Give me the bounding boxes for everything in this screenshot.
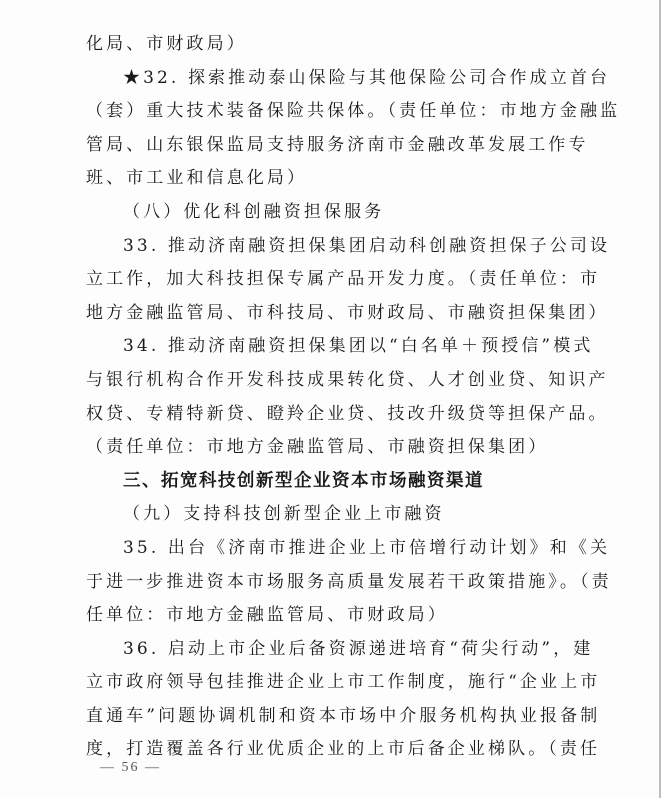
item-32: ★32. 探索推动泰山保险与其他保险公司合作成立首台	[86, 62, 572, 96]
text-line: 立工作，加大科技担保专属产品开发力度。（责任单位：市	[86, 263, 572, 297]
subheading-8: （八）优化科创融资担保服务	[86, 196, 572, 230]
item-34: 34. 推动济南融资担保集团以“白名单＋预授信”模式	[86, 330, 572, 364]
text-line: 任单位：市地方金融监管局、市财政局）	[86, 599, 572, 633]
item-33: 33. 推动济南融资担保集团启动科创融资担保子公司设	[86, 230, 572, 264]
text-line: 地方金融监管局、市科技局、市财政局、市融资担保集团）	[86, 297, 572, 331]
text-line: 于进一步推进资本市场服务高质量发展若干政策措施》。（责	[86, 566, 572, 600]
item-36: 36. 启动上市企业后备资源递进培育“荷尖行动”，建	[86, 633, 572, 667]
text-line: 化局、市财政局）	[86, 28, 572, 62]
text-line: （套）重大技术装备保险共保体。（责任单位：市地方金融监	[86, 95, 572, 129]
text-line: 权贷、专精特新贷、瞪羚企业贷、技改升级贷等担保产品。	[86, 398, 572, 432]
text-line: 直通车”问题协调机制和资本市场中介服务机构执业报备制	[86, 700, 572, 734]
text-line: 管局、山东银保监局支持服务济南市金融改革发展工作专	[86, 129, 572, 163]
document-page: 化局、市财政局） ★32. 探索推动泰山保险与其他保险公司合作成立首台 （套）重…	[86, 28, 572, 767]
text-line: 立市政府领导包挂推进企业上市工作制度，施行“企业上市	[86, 666, 572, 700]
text-line: （责任单位：市地方金融监管局、市融资担保集团）	[86, 431, 572, 465]
text-line: 与银行机构合作开发科技成果转化贷、人才创业贷、知识产	[86, 364, 572, 398]
item-35: 35. 出台《济南市推进企业上市倍增行动计划》和《关	[86, 532, 572, 566]
subheading-9: （九）支持科技创新型企业上市融资	[86, 498, 572, 532]
text-line: 班、市工业和信息化局）	[86, 162, 572, 196]
page-number: — 56 —	[100, 760, 161, 776]
section-heading-3: 三、拓宽科技创新型企业资本市场融资渠道	[86, 465, 572, 499]
